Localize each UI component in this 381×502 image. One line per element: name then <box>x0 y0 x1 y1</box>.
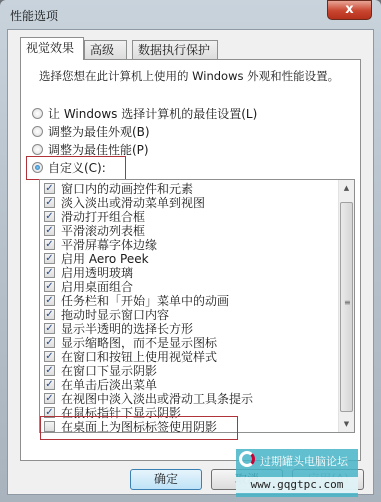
tab-label: 高级 <box>90 43 114 57</box>
checkbox-checked-icon[interactable]: ✓ <box>44 323 55 334</box>
checkbox-checked-icon[interactable]: ✓ <box>44 337 55 348</box>
checkbox-checked-icon[interactable]: ✓ <box>44 253 55 264</box>
checkbox-checked-icon[interactable]: ✓ <box>44 309 55 320</box>
dialog-window: 性能选项 x 视觉效果 高级 数据执行保护 选择您想在此计算机上使用的 Wind… <box>0 0 381 502</box>
checkbox-checked-icon[interactable]: ✓ <box>44 267 55 278</box>
watermark: 过期罐头电脑论坛 www.gqgtpc.com <box>236 449 358 497</box>
tab-label: 视觉效果 <box>26 41 74 55</box>
scroll-down-arrow-icon[interactable]: ▼ <box>339 416 354 432</box>
checkbox-checked-icon[interactable]: ✓ <box>44 379 55 390</box>
radio-icon[interactable] <box>32 144 43 155</box>
checkbox-checked-icon[interactable]: ✓ <box>44 393 55 404</box>
scrollbar-thumb[interactable]: ≡ <box>340 202 353 412</box>
tab-dep[interactable]: 数据执行保护 <box>132 40 218 59</box>
checkbox-checked-icon[interactable]: ✓ <box>44 295 55 306</box>
unchecked-item-highlight-box <box>40 416 238 440</box>
visual-effects-panel: 选择您想在此计算机上使用的 Windows 外观和性能设置。 让 Windows… <box>20 59 361 461</box>
radio-label: 调整为最佳外观(B) <box>48 123 150 140</box>
dialog-client: 视觉效果 高级 数据执行保护 选择您想在此计算机上使用的 Windows 外观和… <box>7 29 374 495</box>
watermark-url: www.gqgtpc.com <box>236 477 358 493</box>
checkbox-checked-icon[interactable]: ✓ <box>44 351 55 362</box>
watermark-title: 过期罐头电脑论坛 <box>260 453 348 469</box>
close-icon: x <box>345 2 353 17</box>
checkbox-checked-icon[interactable]: ✓ <box>44 211 55 222</box>
title-bar[interactable]: 性能选项 x <box>0 0 381 30</box>
tab-advanced[interactable]: 高级 <box>84 40 127 59</box>
checkbox-checked-icon[interactable]: ✓ <box>44 225 55 236</box>
window-title: 性能选项 <box>10 7 58 24</box>
radio-icon[interactable] <box>32 108 43 119</box>
radio-best-appearance[interactable]: 调整为最佳外观(B) <box>32 123 150 139</box>
radio-label: 调整为最佳性能(P) <box>48 141 149 158</box>
ok-label: 确定 <box>154 472 178 486</box>
custom-highlight-box <box>26 156 126 180</box>
ok-button[interactable]: 确定 <box>130 469 202 490</box>
tab-label: 数据执行保护 <box>138 43 210 57</box>
checkbox-checked-icon[interactable]: ✓ <box>44 281 55 292</box>
checkbox-checked-icon[interactable]: ✓ <box>44 197 55 208</box>
radio-let-windows-choose[interactable]: 让 Windows 选择计算机的最佳设置(L) <box>32 105 257 121</box>
effects-listbox[interactable]: ✓窗口内的动画控件和元素 ✓淡入淡出或滑动菜单到视图 ✓滑动打开组合框 ✓平滑滚… <box>39 179 355 433</box>
forum-logo-icon <box>239 451 255 467</box>
tab-visual-effects[interactable]: 视觉效果 <box>20 37 84 60</box>
checkbox-checked-icon[interactable]: ✓ <box>44 365 55 376</box>
radio-best-performance[interactable]: 调整为最佳性能(P) <box>32 141 149 157</box>
grip-icon: ≡ <box>344 301 350 304</box>
checkbox-checked-icon[interactable]: ✓ <box>44 183 55 194</box>
close-button[interactable]: x <box>327 0 372 20</box>
description-text: 选择您想在此计算机上使用的 Windows 外观和性能设置。 <box>39 68 339 84</box>
scroll-up-arrow-icon[interactable]: ▲ <box>339 180 354 196</box>
radio-icon[interactable] <box>32 126 43 137</box>
checkbox-checked-icon[interactable]: ✓ <box>44 239 55 250</box>
vertical-scrollbar[interactable]: ▲ ≡ ▼ <box>338 180 354 432</box>
radio-label: 让 Windows 选择计算机的最佳设置(L) <box>48 105 257 122</box>
